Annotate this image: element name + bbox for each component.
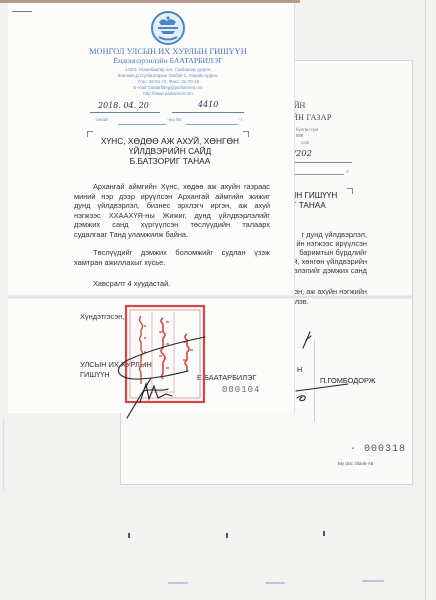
scan-dash-mark: [12, 11, 32, 12]
paper-fold-crease: [8, 295, 412, 299]
baatarbileg-signature-icon: [118, 337, 205, 418]
scan-top-band: [0, 0, 300, 3]
gombodorj-signature-icon: [296, 332, 348, 401]
signature-overlay: [0, 0, 436, 600]
front-letter: МОНГОЛ УЛСЫН ИХ ХУРЛЫН ГИШҮҮН Ёндонпэрэн…: [0, 0, 436, 600]
